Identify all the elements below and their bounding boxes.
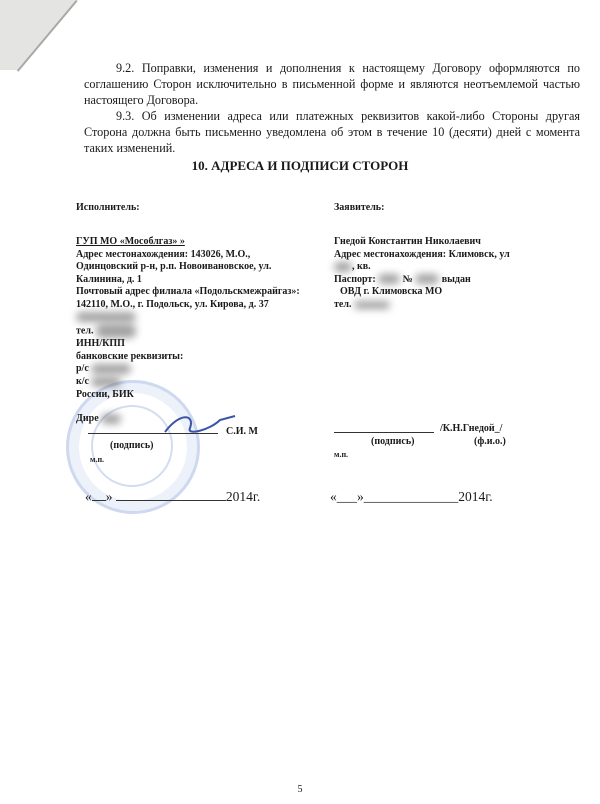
redaction — [354, 301, 390, 309]
clause-9-3: 9.3. Об изменении адреса или платежных р… — [84, 108, 580, 156]
day-blank — [92, 500, 106, 501]
applicant-address-1: Адрес местонахождения: Климовск, ул — [334, 249, 594, 262]
applicant-issued: выдан — [442, 274, 471, 285]
applicant-date: «___»______________2014г. — [330, 489, 493, 505]
applicant-seal: м.п. — [334, 449, 348, 462]
applicant-address-2: , кв. — [334, 261, 594, 274]
applicant-sign-caption: (подпись) — [371, 436, 414, 449]
applicant-passport: Паспорт: № выдан — [334, 274, 594, 287]
redaction — [96, 324, 136, 338]
redaction — [91, 364, 131, 374]
applicant-issued-by: ОВД г. Климовска МО — [334, 286, 594, 299]
executor-sign-caption: (подпись) — [110, 440, 153, 453]
applicant-name: Гнедой Константин Николаевич — [334, 236, 594, 249]
executor-position-label: Дире — [76, 413, 99, 424]
applicant-address-2-text: , кв. — [352, 261, 371, 272]
executor-label: Исполнитель: — [76, 202, 326, 215]
executor-address-3: Калинина, д. 1 — [76, 274, 326, 287]
executor-bank-label: банковские реквизиты: — [76, 351, 326, 364]
executor-org: ГУП МО «Мособлгаз» » — [76, 236, 326, 249]
executor-ks-label: к/с — [76, 376, 89, 387]
executor-date-year: 2014г. — [226, 489, 260, 504]
executor-rs-label: р/с — [76, 363, 89, 374]
applicant-block: Гнедой Константин Николаевич Адрес место… — [334, 236, 594, 312]
redaction — [101, 414, 121, 424]
redaction — [334, 262, 352, 272]
page-number: 5 — [0, 784, 600, 795]
executor-phone: тел. — [76, 324, 326, 338]
applicant-signature-line — [334, 432, 434, 433]
redaction — [76, 312, 136, 322]
executor-date: «» 2014г. — [85, 489, 260, 505]
executor-phone-label: тел. — [76, 325, 93, 336]
executor-address-2: Одинцовский р-н, р.п. Новоивановское, ул… — [76, 261, 326, 274]
applicant-passport-no: № — [403, 274, 413, 285]
clause-9-2: 9.2. Поправки, изменения и дополнения к … — [84, 60, 580, 108]
month-blank — [116, 500, 226, 501]
date-quote-close: » — [106, 489, 113, 504]
date-quote-open: « — [85, 489, 92, 504]
executor-postal-2-text: 142110, М.О., г. Подольск, ул. Кирова, д… — [76, 299, 269, 310]
applicant-phone-label: тел. — [334, 299, 351, 310]
section-title: 10. АДРЕСА И ПОДПИСИ СТОРОН — [0, 158, 600, 174]
redaction — [91, 377, 121, 387]
executor-postal-1: Почтовый адрес филиала «Подольскмежрайга… — [76, 286, 326, 299]
applicant-fio-caption: (ф.и.о.) — [474, 436, 506, 449]
applicant-signer: /К.Н.Гнедой_/ — [440, 423, 502, 436]
executor-postal-2: 142110, М.О., г. Подольск, ул. Кирова, д… — [76, 299, 326, 324]
executor-signer: С.И. М — [226, 426, 258, 439]
redaction — [378, 274, 400, 284]
executor-address-1: Адрес местонахождения: 143026, М.О., — [76, 249, 326, 262]
applicant-passport-label: Паспорт: — [334, 274, 376, 285]
applicant-phone: тел. — [334, 299, 594, 312]
executor-block: ГУП МО «Мособлгаз» » Адрес местонахожден… — [76, 236, 326, 426]
executor-rs: р/с — [76, 363, 326, 376]
executor-inn: ИНН/КПП — [76, 338, 326, 351]
applicant-label: Заявитель: — [334, 202, 594, 215]
executor-ks: к/с — [76, 376, 326, 389]
executor-bik: России, БИК — [76, 389, 326, 402]
executor-seal: м.п. — [90, 454, 104, 467]
redaction — [415, 274, 439, 284]
